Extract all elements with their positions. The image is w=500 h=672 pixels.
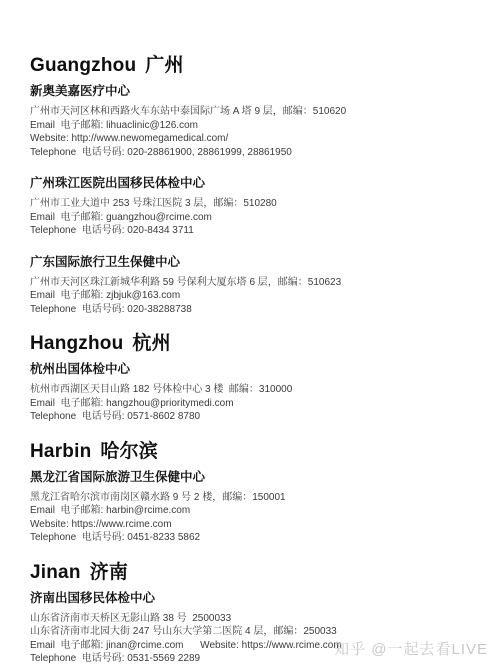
address-line: 山东省济南市天桥区无影山路 38 号 2500033 xyxy=(30,612,482,626)
city-heading: Jinan济南 xyxy=(30,562,482,584)
center-name: 广东国际旅行卫生保健中心 xyxy=(30,255,482,269)
telephone-line: Telephone 电话号码: 020-38288738 xyxy=(30,303,482,317)
center-name: 黑龙江省国际旅游卫生保健中心 xyxy=(30,470,482,484)
center-name: 杭州出国体检中心 xyxy=(30,362,482,376)
address-line: 广州市天河区珠江新城华利路 59 号保利大厦东塔 6 层，邮编：510623 xyxy=(30,276,482,290)
email-line: Email 电子邮箱: harbin@rcime.com xyxy=(30,504,482,518)
address-line-2: 山东省济南市北园大街 247 号山东大学第二医院 4 层，邮编：250033 xyxy=(30,625,482,639)
city-heading: Harbin哈尔滨 xyxy=(30,441,482,463)
center-block: 广州珠江医院出国移民体检中心 广州市工业大道中 253 号珠江医院 3 层，邮编… xyxy=(30,176,482,238)
center-name: 新奥美嘉医疗中心 xyxy=(30,84,482,98)
address-line: 黑龙江省哈尔滨市南岗区赣水路 9 号 2 楼，邮编：150001 xyxy=(30,491,482,505)
city-name-zh: 广州 xyxy=(145,55,183,76)
telephone-line: Telephone 电话号码: 020-28861900, 28861999, … xyxy=(30,146,482,160)
website-line: Website: https://www.rcime.com xyxy=(30,518,482,532)
telephone-line: Telephone 电话号码: 020-8434 3711 xyxy=(30,224,482,238)
center-name: 济南出国移民体检中心 xyxy=(30,591,482,605)
address-line: 杭州市西湖区天目山路 182 号体检中心 3 楼 邮编：310000 xyxy=(30,383,482,397)
city-name-en: Guangzhou xyxy=(30,55,136,76)
city-section-guangzhou: Guangzhou广州 新奥美嘉医疗中心 广州市天河区林和西路火车东站中泰国际广… xyxy=(30,55,482,316)
city-name-zh: 济南 xyxy=(90,562,128,583)
city-heading: Guangzhou广州 xyxy=(30,55,482,77)
city-section-harbin: Harbin哈尔滨 黑龙江省国际旅游卫生保健中心 黑龙江省哈尔滨市南岗区赣水路 … xyxy=(30,441,482,545)
center-name: 广州珠江医院出国移民体检中心 xyxy=(30,176,482,190)
email-line: Email 电子邮箱: zjbjuk@163.com xyxy=(30,289,482,303)
city-name-en: Harbin xyxy=(30,441,91,462)
email-line: Email 电子邮箱: hangzhou@prioritymedi.com xyxy=(30,397,482,411)
address-line: 广州市工业大道中 253 号珠江医院 3 层，邮编：510280 xyxy=(30,197,482,211)
city-name-zh: 哈尔滨 xyxy=(100,441,158,462)
city-name-zh: 杭州 xyxy=(132,333,170,354)
website-line: Website: http://www.newomegamedical.com/ xyxy=(30,132,482,146)
city-heading: Hangzhou杭州 xyxy=(30,333,482,355)
center-block: 新奥美嘉医疗中心 广州市天河区林和西路火车东站中泰国际广场 A 塔 9 层，邮编… xyxy=(30,84,482,159)
center-block: 黑龙江省国际旅游卫生保健中心 黑龙江省哈尔滨市南岗区赣水路 9 号 2 楼，邮编… xyxy=(30,470,482,545)
center-block: 杭州出国体检中心 杭州市西湖区天目山路 182 号体检中心 3 楼 邮编：310… xyxy=(30,362,482,424)
telephone-line: Telephone 电话号码: 0571-8602 8780 xyxy=(30,410,482,424)
email-line: Email 电子邮箱: lihuaclinic@126.com xyxy=(30,119,482,133)
address-line: 广州市天河区林和西路火车东站中泰国际广场 A 塔 9 层，邮编：510620 xyxy=(30,105,482,119)
document-page: Guangzhou广州 新奥美嘉医疗中心 广州市天河区林和西路火车东站中泰国际广… xyxy=(0,0,500,666)
zhihu-watermark: 知乎 @一起去看LIVE xyxy=(334,638,488,659)
city-name-en: Jinan xyxy=(30,562,81,583)
city-name-en: Hangzhou xyxy=(30,333,123,354)
telephone-line: Telephone 电话号码: 0451-8233 5862 xyxy=(30,531,482,545)
city-section-hangzhou: Hangzhou杭州 杭州出国体检中心 杭州市西湖区天目山路 182 号体检中心… xyxy=(30,333,482,424)
email-line: Email 电子邮箱: guangzhou@rcime.com xyxy=(30,211,482,225)
center-block: 广东国际旅行卫生保健中心 广州市天河区珠江新城华利路 59 号保利大厦东塔 6 … xyxy=(30,255,482,317)
